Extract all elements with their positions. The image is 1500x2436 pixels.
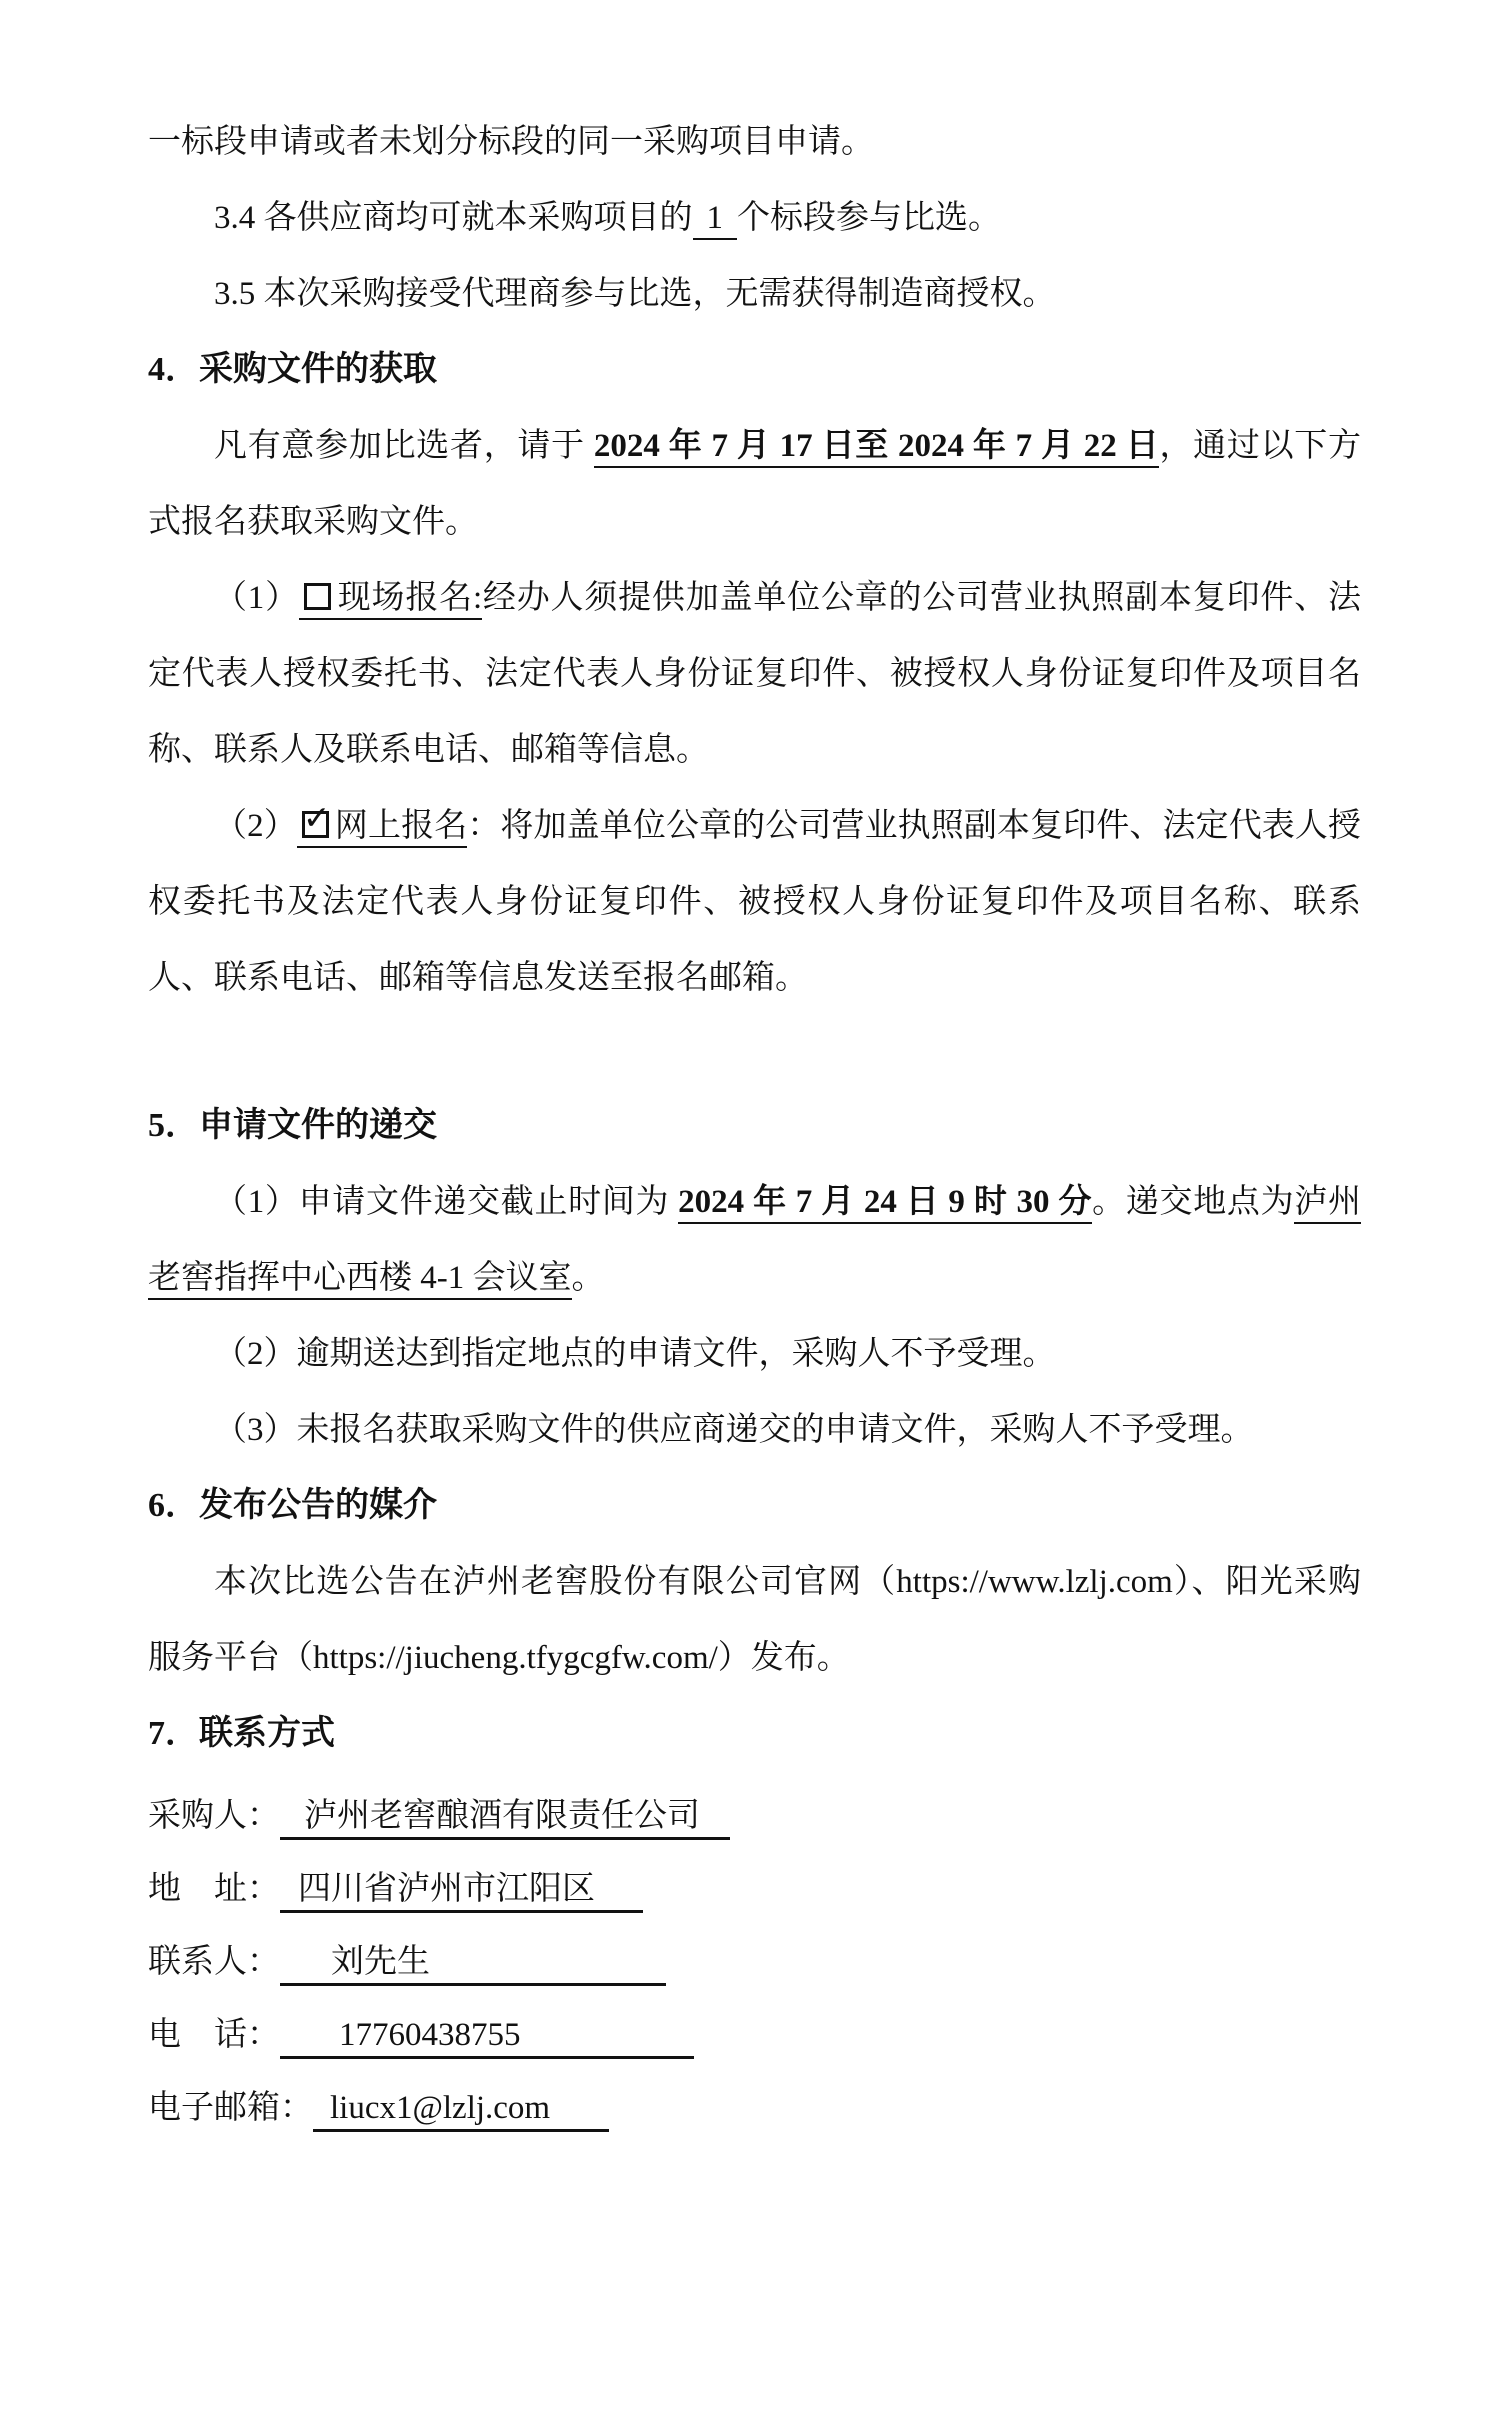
section-5-item-1: （1）申请文件递交截止时间为 2024 年 7 月 24 日 9 时 30 分。… — [148, 1164, 1361, 1316]
section-5-item-1-mid: 。递交地点为 — [1092, 1184, 1294, 1220]
section-4-item-1-number: （1） — [214, 580, 299, 616]
checkbox-unchecked-icon — [304, 583, 331, 610]
online-registration-underline: ✓网上报名 — [297, 808, 468, 848]
purchaser-value: 泸州老窖酿酒有限责任公司 — [280, 1798, 730, 1840]
item-3-4-pre: 3.4 各供应商均可就本采购项目的 — [214, 200, 693, 236]
section-7-heading: 7．联系方式 — [148, 1696, 1361, 1772]
contact-row-address: 地 址：四川省泸州市江阳区 — [148, 1853, 1361, 1926]
blank-line-spacer — [148, 1016, 1361, 1088]
document-page: 一标段申请或者未划分标段的同一采购项目申请。 3.4 各供应商均可就本采购项目的… — [0, 0, 1500, 2436]
section-4-intro: 凡有意参加比选者，请于 2024 年 7 月 17 日至 2024 年 7 月 … — [148, 408, 1361, 560]
contact-row-phone: 电 话：17760438755 — [148, 1999, 1361, 2072]
paragraph-intro-continuation: 一标段申请或者未划分标段的同一采购项目申请。 — [148, 104, 1361, 180]
document-body: 一标段申请或者未划分标段的同一采购项目申请。 3.4 各供应商均可就本采购项目的… — [148, 104, 1361, 2145]
online-registration-label: 网上报名 — [335, 808, 468, 844]
section-5-heading: 5．申请文件的递交 — [148, 1088, 1361, 1164]
section-4-item-1: （1）现场报名:经办人须提供加盖单位公章的公司营业执照副本复印件、法定代表人授权… — [148, 560, 1361, 788]
submission-deadline-underline: 2024 年 7 月 24 日 9 时 30 分 — [678, 1184, 1092, 1224]
section-5-item-2: （2）逾期送达到指定地点的申请文件，采购人不予受理。 — [148, 1316, 1361, 1392]
email-value: liucx1@lzlj.com — [313, 2090, 609, 2132]
item-3-4-post: 个标段参与比选。 — [737, 200, 1001, 236]
checkbox-checked-icon: ✓ — [302, 811, 329, 838]
check-mark-icon: ✓ — [303, 801, 331, 834]
section-4-item-2-number: （2） — [214, 808, 297, 844]
purchaser-label: 采购人： — [148, 1798, 280, 1834]
section-4-item-2: （2）✓网上报名：将加盖单位公章的公司营业执照副本复印件、法定代表人授权委托书及… — [148, 788, 1361, 1016]
contact-row-purchaser: 采购人：泸州老窖酿酒有限责任公司 — [148, 1780, 1361, 1853]
address-label: 地 址： — [148, 1871, 280, 1907]
section-6-body-text: 本次比选公告在泸州老窖股份有限公司官网（https://www.lzlj.com… — [148, 1564, 1361, 1676]
item-3-4-lot-count-underline: 1 — [693, 200, 738, 240]
onsite-registration-underline: 现场报名: — [299, 580, 482, 620]
section-5-item-3-text: （3）未报名获取采购文件的供应商递交的申请文件，采购人不予受理。 — [214, 1412, 1254, 1448]
section-4-intro-pre: 凡有意参加比选者，请于 — [214, 428, 594, 464]
section-5-item-3: （3）未报名获取采购文件的供应商递交的申请文件，采购人不予受理。 — [148, 1392, 1361, 1468]
section-5-item-1-pre: （1）申请文件递交截止时间为 — [214, 1184, 678, 1220]
section-4-heading: 4．采购文件的获取 — [148, 332, 1361, 408]
contact-person-value: 刘先生 — [280, 1944, 666, 1986]
section-6-heading: 6．发布公告的媒介 — [148, 1468, 1361, 1544]
address-value: 四川省泸州市江阳区 — [280, 1871, 643, 1913]
item-3-5-text: 3.5 本次采购接受代理商参与比选，无需获得制造商授权。 — [214, 276, 1056, 312]
section-6-body: 本次比选公告在泸州老窖股份有限公司官网（https://www.lzlj.com… — [148, 1544, 1361, 1696]
contact-person-label: 联系人： — [148, 1944, 280, 1980]
registration-date-range-underline: 2024 年 7 月 17 日至 2024 年 7 月 22 日 — [594, 428, 1160, 468]
item-3-4: 3.4 各供应商均可就本采购项目的1个标段参与比选。 — [148, 180, 1361, 256]
phone-label: 电 话： — [148, 2017, 280, 2053]
intro-continuation-text: 一标段申请或者未划分标段的同一采购项目申请。 — [148, 124, 874, 160]
onsite-registration-label: 现场报名: — [337, 580, 482, 616]
contact-row-email: 电子邮箱：liucx1@lzlj.com — [148, 2072, 1361, 2145]
phone-value: 17760438755 — [280, 2017, 694, 2059]
section-5-item-2-text: （2）逾期送达到指定地点的申请文件，采购人不予受理。 — [214, 1336, 1056, 1372]
item-3-5: 3.5 本次采购接受代理商参与比选，无需获得制造商授权。 — [148, 256, 1361, 332]
contact-block: 采购人：泸州老窖酿酒有限责任公司 地 址：四川省泸州市江阳区 联系人：刘先生 电… — [148, 1780, 1361, 2145]
email-label: 电子邮箱： — [148, 2090, 313, 2126]
section-5-item-1-end: 。 — [572, 1260, 605, 1296]
contact-row-contact-person: 联系人：刘先生 — [148, 1926, 1361, 1999]
